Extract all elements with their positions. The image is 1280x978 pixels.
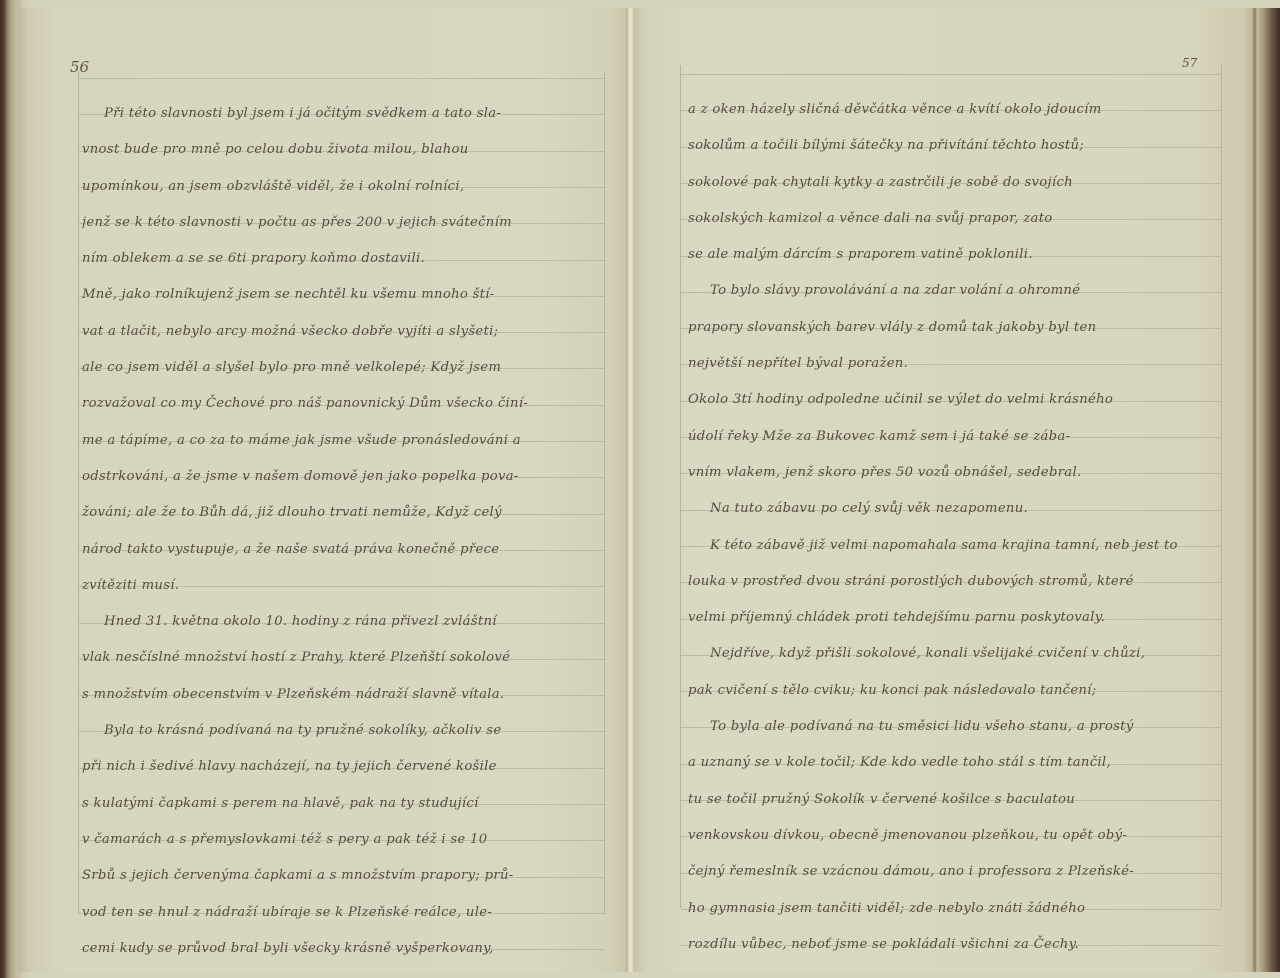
handwritten-line: národ takto vystupuje, a že naše svatá p… — [82, 532, 602, 568]
handwritten-line: odstrkováni, a že jsme v našem domově je… — [82, 459, 602, 495]
handwritten-line: jenž se k této slavnosti v počtu as přes… — [82, 205, 602, 241]
handwritten-line: v čamarách a s přemyslovkami též s pery … — [82, 822, 602, 858]
handwritten-line: Při této slavnosti byl jsem i já očitým … — [82, 96, 602, 132]
handwritten-line: louka v prostřed dvou stráni porostlých … — [688, 564, 1222, 600]
handwritten-line: Okolo 3tí hodiny odpoledne učinil se výl… — [688, 382, 1222, 418]
handwritten-line: čejný řemeslník se vzácnou dámou, ano i … — [688, 854, 1222, 890]
left-page-edges — [0, 0, 18, 978]
handwritten-line: pak cvičení s tělo cviku; ku konci pak n… — [688, 673, 1222, 709]
handwritten-line: K této zábavě již velmi napomahala sama … — [688, 528, 1222, 564]
handwritten-line: sokolských kamizol a věnce dali na svůj … — [688, 201, 1222, 237]
handwritten-line: údolí řeky Mže za Bukovec kamž sem i já … — [688, 419, 1222, 455]
left-page: 56 Při této slavnosti byl jsem i já očit… — [18, 8, 628, 972]
handwritten-line: rozvažoval co my Čechové pro náš panovni… — [82, 386, 602, 422]
handwritten-line: a z oken házely sličná děvčátka věnce a … — [688, 92, 1222, 128]
handwritten-line: Hned 31. května okolo 10. hodiny z rána … — [82, 604, 602, 640]
handwritten-line: upomínkou, an jsem obzvláště viděl, že i… — [82, 169, 602, 205]
ruled-line — [79, 78, 604, 79]
handwritten-line: prapory slovanských barev vlály z domů t… — [688, 310, 1222, 346]
handwritten-line: Byla to krásná podívaná na ty pružné sok… — [82, 713, 602, 749]
handwritten-line: největší nepřítel býval poražen. — [688, 346, 1222, 382]
handwritten-line: velmi příjemný chládek proti tehdejšímu … — [688, 600, 1222, 636]
handwritten-line: vod ten se hnul z nádraží ubíraje se k P… — [82, 895, 602, 931]
handwritten-line: me a tápíme, a co za to máme jak jsme vš… — [82, 423, 602, 459]
handwritten-line: zvítěziti musí. — [82, 568, 602, 604]
handwritten-line: žováni; ale že to Bůh dá, již dlouho trv… — [82, 495, 602, 531]
ruled-line — [681, 74, 1221, 75]
handwritten-line: tu se točil pružný Sokolík v červené koš… — [688, 782, 1222, 818]
handwritten-line: Srbů s jejich červenýma čapkami a s množ… — [82, 858, 602, 894]
handwritten-line: ním oblekem a se se 6ti prapory koňmo do… — [82, 241, 602, 277]
right-page: 57 a z oken házely sličná děvčátka věnce… — [634, 8, 1256, 972]
handwritten-line: vnost bude pro mně po celou dobu života … — [82, 132, 602, 168]
handwritten-line: sokolům a točili bílými šátečky na přiví… — [688, 128, 1222, 164]
right-page-text: a z oken házely sličná děvčátka věnce a … — [688, 92, 1222, 963]
handwritten-line: sokolové pak chytali kytky a zastrčili j… — [688, 165, 1222, 201]
handwritten-line: cemi kudy se průvod bral byli všecky krá… — [82, 931, 602, 967]
handwritten-line: vním vlakem, jenž skoro přes 50 vozů obn… — [688, 455, 1222, 491]
handwritten-line: vlak nesčíslné množství hostí z Prahy, k… — [82, 640, 602, 676]
handwritten-line: rozdílu vůbec, neboť jsme se pokládali v… — [688, 927, 1222, 963]
handwritten-line: vat a tlačit, nebylo arcy možná všecko d… — [82, 314, 602, 350]
handwritten-line: s kulatými čapkami s perem na hlavě, pak… — [82, 786, 602, 822]
handwritten-line: ho gymnasia jsem tančiti viděl; zde neby… — [688, 891, 1222, 927]
handwritten-line: se ale malým dárcím s praporem vatině po… — [688, 237, 1222, 273]
handwritten-line: Mně, jako rolníkujenž jsem se nechtěl ku… — [82, 277, 602, 313]
left-page-text: Při této slavnosti byl jsem i já očitým … — [82, 96, 602, 967]
right-page-edges — [1252, 8, 1280, 972]
handwritten-line: ale co jsem viděl a slyšel bylo pro mně … — [82, 350, 602, 386]
handwritten-line: a uznaný se v kole točil; Kde kdo vedle … — [688, 745, 1222, 781]
handwritten-line: Nejdříve, když přišli sokolové, konali v… — [688, 636, 1222, 672]
open-book: 56 Při této slavnosti byl jsem i já očit… — [0, 0, 1280, 978]
handwritten-line: při nich i šedivé hlavy nacházejí, na ty… — [82, 749, 602, 785]
handwritten-line: Na tuto zábavu po celý svůj věk nezapome… — [688, 491, 1222, 527]
handwritten-line: s množstvím obecenstvím v Plzeňském nádr… — [82, 677, 602, 713]
handwritten-line: venkovskou dívkou, obecně jmenovanou plz… — [688, 818, 1222, 854]
handwritten-line: To byla ale podívaná na tu směsici lidu … — [688, 709, 1222, 745]
handwritten-line: To bylo slávy provolávání a na zdar volá… — [688, 273, 1222, 309]
